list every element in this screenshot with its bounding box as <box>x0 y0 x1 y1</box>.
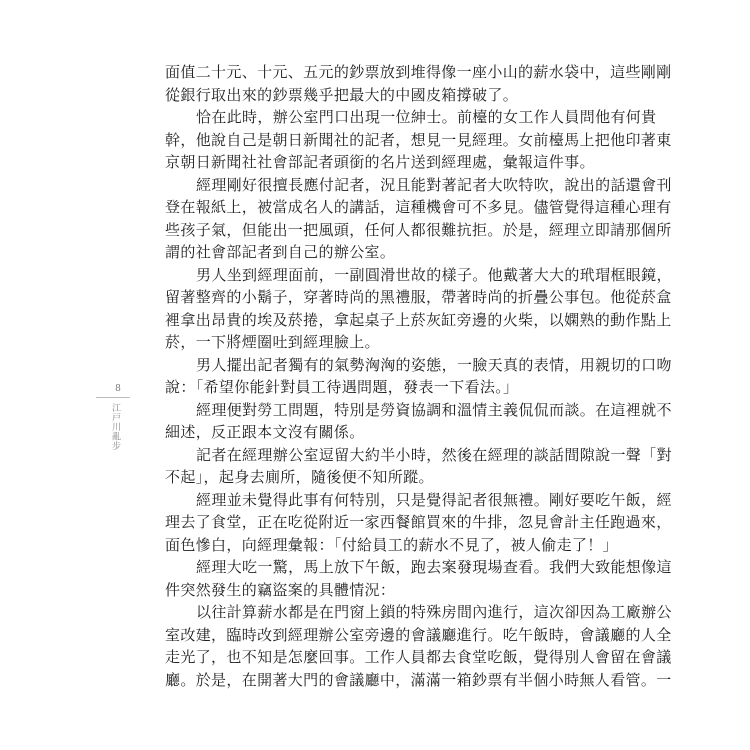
text-line: 說：「希望你能針對員工待遇問題，發表一下看法。」 <box>165 376 577 399</box>
text-line: 男人擺出記者獨有的氣勢洶洶的姿態，一臉天真的表情，用親切的口吻 <box>165 354 577 377</box>
text-line: 面色慘白，向經理彙報：「付給員工的薪水不見了，被人偷走了！」 <box>165 534 577 557</box>
text-line: 以往計算薪水都是在門窗上鎖的特殊房間內進行，這次卻因為工廠辦公 <box>165 601 577 624</box>
text-line: 經理便對勞工問題，特別是勞資協調和溫情主義侃侃而談。在這裡就不 <box>165 399 577 422</box>
text-line: 恰在此時，辦公室門口出現一位紳士。前檯的女工作人員問他有何貴 <box>165 106 577 129</box>
running-head-author: 江戸川亂步 <box>110 403 120 451</box>
text-line: 留著整齊的小鬍子，穿著時尚的黑禮服，帶著時尚的折疊公事包。他從菸盒 <box>165 286 577 309</box>
text-line: 不起」，起身去廁所，隨後便不知所蹤。 <box>165 466 577 489</box>
text-line: 面值二十元、十元、五元的鈔票放到堆得像一座小山的薪水袋中，這些剛剛 <box>165 61 577 84</box>
book-page: 8 江戸川亂步 面值二十元、十元、五元的鈔票放到堆得像一座小山的薪水袋中，這些剛… <box>0 0 750 750</box>
text-line: 室改建，臨時改到經理辦公室旁邊的會議廳進行。吃午飯時，會議廳的人全 <box>165 624 577 647</box>
text-line: 謂的社會部記者到自己的辦公室。 <box>165 241 577 264</box>
page-folio: 8 江戸川亂步 <box>96 384 130 451</box>
text-line: 經理大吃一驚，馬上放下午飯，跑去案發現場查看。我們大致能想像這 <box>165 556 577 579</box>
text-line: 從銀行取出來的鈔票幾乎把最大的中國皮箱撐破了。 <box>165 84 577 107</box>
text-line: 裡拿出昂貴的埃及菸捲，拿起桌子上菸灰缸旁邊的火柴，以嫻熟的動作點上 <box>165 309 577 332</box>
text-line: 登在報紙上，被當成名人的講話，這種機會可不多見。儘管覺得這種心理有 <box>165 196 577 219</box>
text-line: 京朝日新聞社社會部記者頭銜的名片送到經理處，彙報這件事。 <box>165 151 577 174</box>
text-line: 記者在經理辦公室逗留大約半小時，然後在經理的談話間隙說一聲「對 <box>165 444 577 467</box>
folio-divider <box>96 397 130 398</box>
text-line: 些孩子氣，但能出一把風頭，任何人都很難抗拒。於是，經理立即請那個所 <box>165 219 577 242</box>
text-line: 走光了，也不知是怎麼回事。工作人員都去食堂吃飯，覺得別人會留在會議 <box>165 646 577 669</box>
text-line: 經理並未覺得此事有何特別，只是覺得記者很無禮。剛好要吃午飯，經 <box>165 489 577 512</box>
text-line: 經理剛好很擅長應付記者，況且能對著記者大吹特吹，說出的話還會刊 <box>165 174 577 197</box>
page-number: 8 <box>96 384 130 395</box>
text-line: 菸，一下將煙圈吐到經理臉上。 <box>165 331 577 354</box>
text-line: 理去了食堂，正在吃從附近一家西餐館買來的牛排，忽見會計主任跑過來， <box>165 511 577 534</box>
text-line: 廳。於是，在開著大門的會議廳中，滿滿一箱鈔票有半個小時無人看管。一 <box>165 669 577 692</box>
text-line: 件突然發生的竊盜案的具體情況： <box>165 579 577 602</box>
text-line: 男人坐到經理面前，一副圓滑世故的樣子。他戴著大大的玳瑁框眼鏡， <box>165 264 577 287</box>
body-text: 面值二十元、十元、五元的鈔票放到堆得像一座小山的薪水袋中，這些剛剛 從銀行取出來… <box>165 61 577 691</box>
text-line: 細述，反正跟本文沒有關係。 <box>165 421 577 444</box>
text-line: 幹，他說自己是朝日新聞社的記者，想見一見經理。女前檯馬上把他印著東 <box>165 129 577 152</box>
